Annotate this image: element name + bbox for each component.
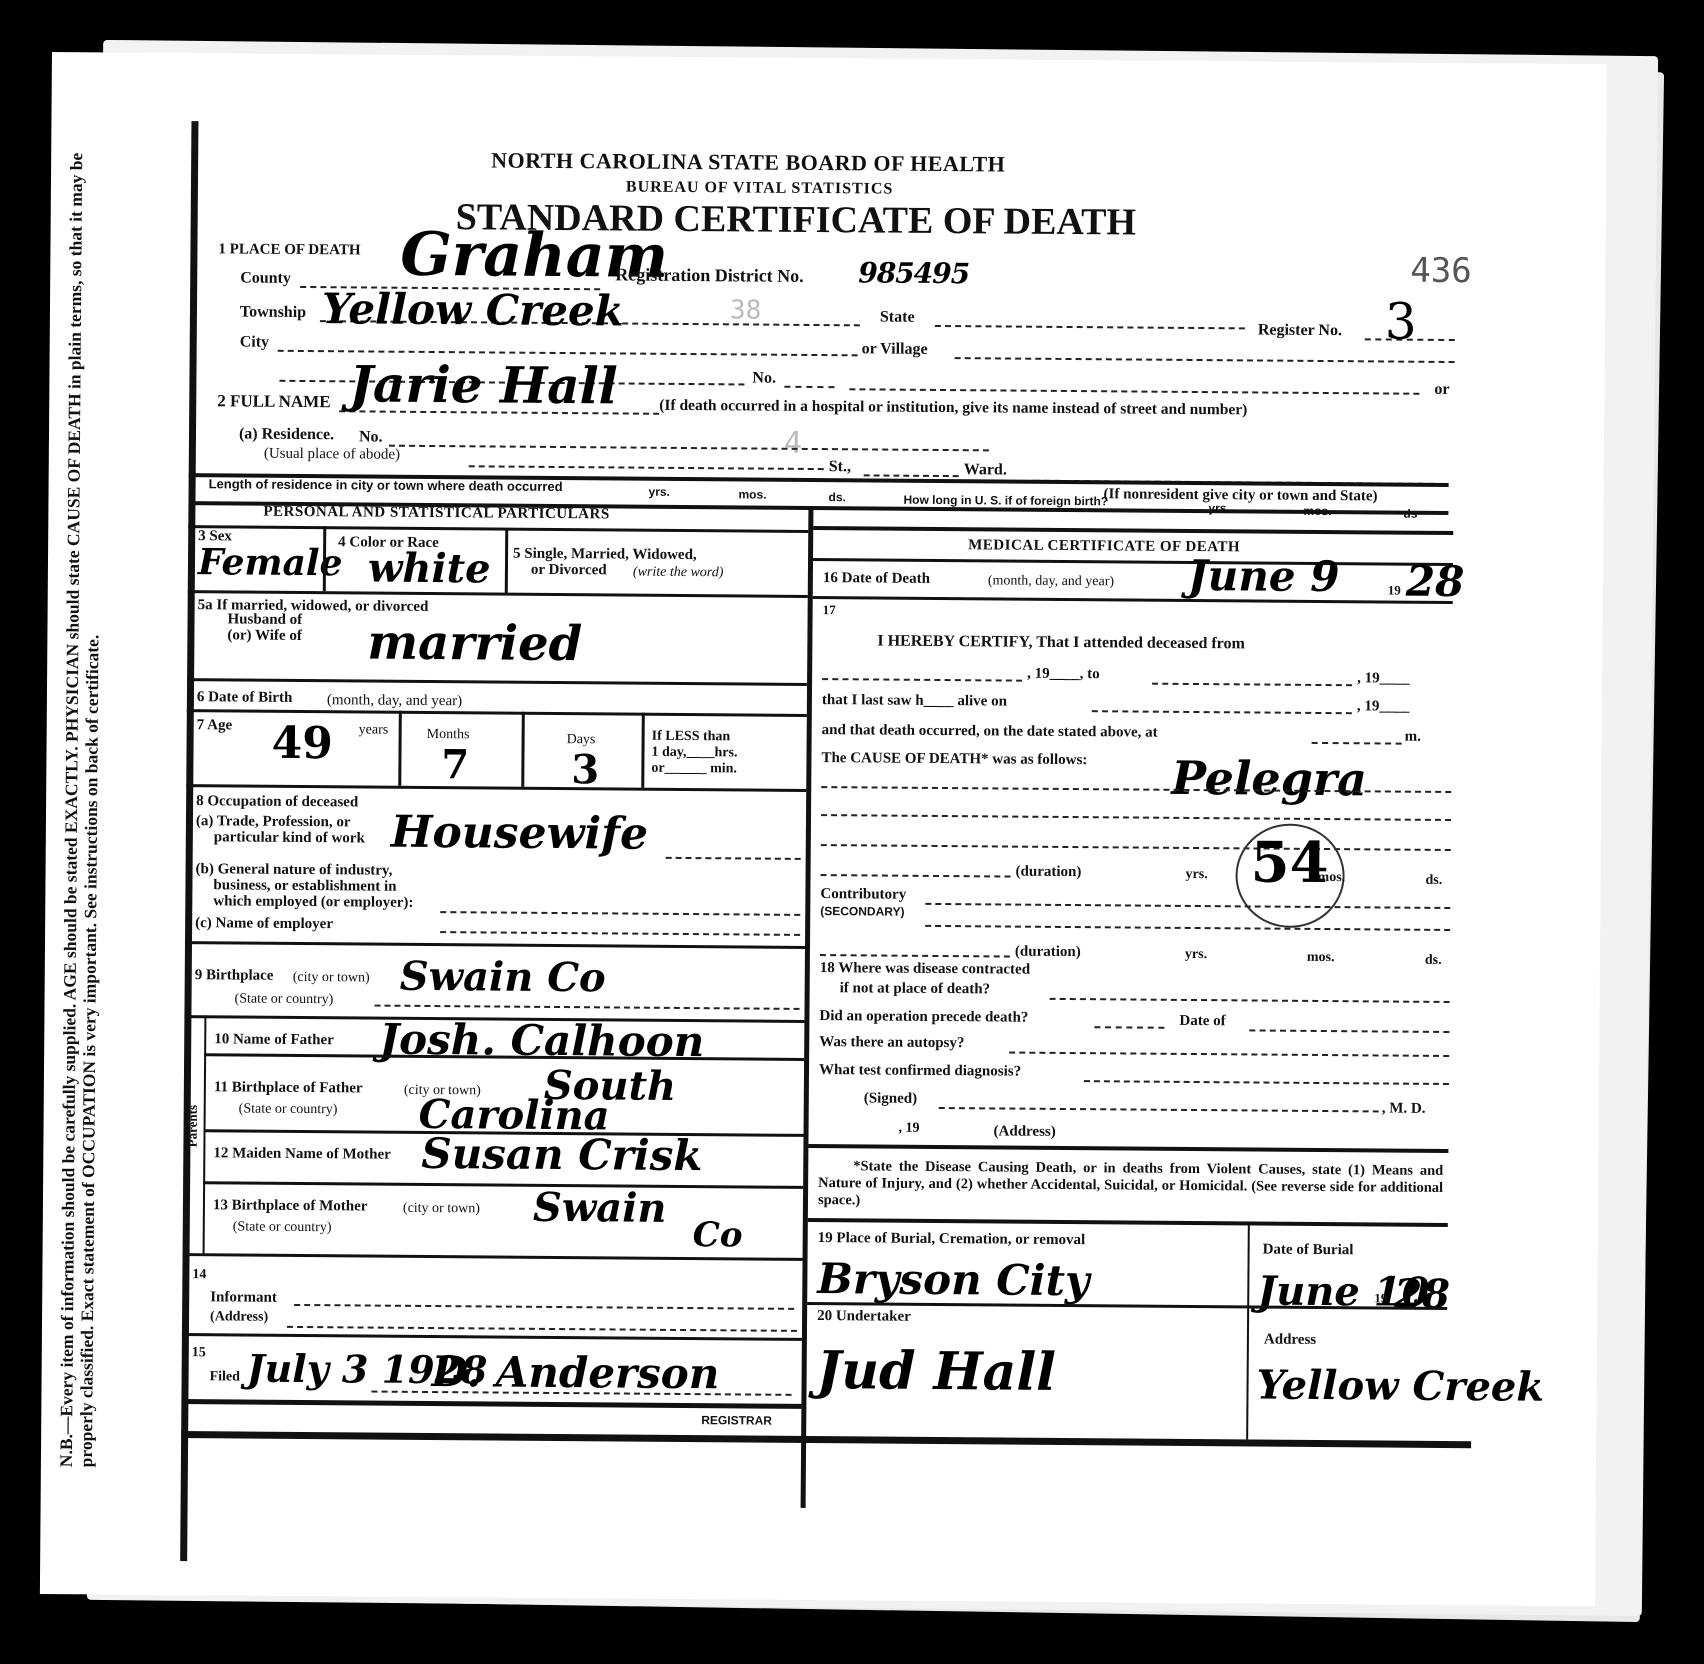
nonresident-note: (If nonresident give city or town and St… [1103, 486, 1377, 505]
burial-year: 28 [1394, 1271, 1450, 1318]
certify-line-1: I HEREBY CERTIFY, That I attended deceas… [877, 633, 1245, 654]
race-divider [505, 530, 509, 595]
employer-label: (c) Name of employer [195, 915, 333, 933]
certify-line-4: that I last saw h____ alive on [822, 692, 1007, 710]
duration-ds-2: ds. [1425, 953, 1442, 969]
industry-label-3: which employed (or employer): [213, 893, 413, 912]
length-mos: mos. [738, 487, 766, 501]
bureau-title: BUREAU OF VITAL STATISTICS [626, 179, 894, 199]
register-value: 3 [1385, 292, 1417, 350]
spouse-label-2: Husband of [227, 611, 302, 629]
duration-ds-1: ds. [1425, 873, 1442, 889]
village-label: or Village [862, 340, 928, 359]
age-divider-3 [641, 713, 645, 788]
duration-mos-1: mos. [1317, 870, 1345, 886]
md-label: , M. D. [1382, 1100, 1426, 1117]
length-ds: ds. [828, 490, 845, 504]
burial-date-label: Date of Burial [1263, 1242, 1354, 1260]
duration-yrs-2: yrs. [1185, 947, 1207, 963]
occupation-label: 8 Occupation of deceased [196, 793, 358, 811]
contributory-label: Contributory [820, 886, 906, 904]
death-certificate: N.B.—Every item of information should be… [40, 52, 1607, 1606]
certify-line-6: and that death occurred, on the date sta… [822, 722, 1158, 742]
length-label: Length of residence in city or town wher… [209, 476, 563, 494]
age-label: 7 Age [197, 717, 233, 734]
mother-bp-state: (State or country) [233, 1219, 332, 1236]
cause-value: Pelegra [1171, 751, 1367, 807]
autopsy-label: Was there an autopsy? [819, 1034, 964, 1052]
residence-ward-label: Ward. [964, 461, 1007, 479]
township-note: 38 [730, 295, 762, 325]
no-line [784, 386, 834, 388]
mother-bp-hint: (city or town) [403, 1201, 480, 1218]
duration-label-2: (duration) [1015, 944, 1081, 962]
duration-label-1: (duration) [1016, 864, 1082, 882]
no-label: No. [752, 370, 776, 388]
full-name-note: 4 [784, 426, 802, 461]
duration-yrs-1: yrs. [1186, 867, 1208, 883]
certify-line-5: , 19____ [1357, 698, 1410, 715]
q18-line-2: if not at place of death? [840, 980, 991, 998]
township-value: Yellow Creek [322, 284, 624, 335]
mother-bp-value-1: Swain [533, 1184, 667, 1232]
race-value: white [368, 544, 491, 592]
abode-note: (Usual place of abode) [264, 446, 400, 464]
dod-year: 28 [1406, 557, 1465, 606]
duration-mos-2: mos. [1307, 950, 1335, 966]
dob-hint: (month, day, and year) [327, 692, 462, 710]
undertaker-address-value: Yellow Creek [1256, 1362, 1544, 1411]
cause-label: The CAUSE OF DEATH* was as follows: [821, 750, 1087, 769]
age-divider-2 [521, 712, 525, 787]
reg-district-label: Registration District No. [615, 264, 804, 286]
mother-label: 12 Maiden Name of Mother [213, 1145, 391, 1163]
years-label: years [359, 722, 389, 738]
undertaker-value: Jud Hall [816, 1340, 1056, 1403]
date-of-label: Date of [1179, 1013, 1225, 1030]
registrar-label: REGISTRAR [701, 1413, 772, 1428]
spouse-value: married [367, 614, 582, 672]
signed-address-label: (Address) [993, 1123, 1055, 1140]
dod-label: 16 Date of Death [823, 570, 930, 588]
full-name-value: Jarie Hall [349, 354, 618, 415]
trade-label-2: particular kind of work [214, 829, 365, 847]
father-label: 10 Name of Father [214, 1031, 334, 1049]
sex-value: Female [198, 541, 343, 584]
birthplace-hint: (city or town) [293, 970, 370, 987]
burial-year-prefix: 19 [1374, 1290, 1387, 1306]
birthplace-label: 9 Birthplace [195, 967, 274, 985]
certify-line-2: , 19____, to [1027, 666, 1100, 684]
residence-no-label: No. [359, 428, 383, 446]
birthplace-value: Swain Co [400, 953, 606, 1002]
spouse-label-3: (or) Wife of [227, 627, 302, 645]
dod-value: June 9 [1188, 551, 1340, 601]
residence-label: (a) Residence. [239, 425, 334, 444]
secondary-label: (SECONDARY) [820, 904, 904, 919]
informant-address-label: (Address) [210, 1309, 268, 1325]
place-of-death-label: 1 PLACE OF DEATH [218, 241, 360, 259]
mother-bp-value-2: Co [693, 1215, 743, 1255]
operation-label: Did an operation precede death? [819, 1008, 1028, 1027]
signed-label: (Signed) [864, 1090, 917, 1107]
county-label: County [240, 269, 291, 287]
margin-instructions-text: N.B.—Every item of information should be… [56, 127, 177, 1468]
mother-bp-label: 13 Birthplace of Mother [213, 1197, 368, 1215]
state-label: State [880, 309, 915, 327]
sex-divider [323, 526, 327, 591]
informant-label: Informant [210, 1289, 277, 1307]
certify-line-3: , 19____ [1357, 670, 1410, 687]
dod-year-prefix: 19 [1388, 583, 1401, 599]
full-name-label: 2 FULL NAME [217, 391, 330, 412]
agency-title: NORTH CAROLINA STATE BOARD OF HEALTH [491, 147, 1005, 177]
personal-section-title: PERSONAL AND STATISTICAL PARTICULARS [263, 504, 609, 524]
filed-number: 15 [192, 1345, 206, 1361]
stamp-number: 436 [1410, 251, 1472, 291]
undertaker-label: 20 Undertaker [817, 1308, 911, 1326]
dob-label: 6 Date of Birth [197, 689, 293, 707]
undertaker-address-label: Address [1264, 1332, 1316, 1349]
less-label-1: If LESS than [652, 729, 731, 746]
mother-value: Susan Crisk [421, 1129, 703, 1180]
city-label: City [240, 333, 269, 351]
margin-instructions: N.B.—Every item of information should be… [51, 132, 172, 1473]
less-label-3: or______ min. [651, 761, 737, 778]
or-label: or [1434, 381, 1449, 399]
father-bp-state: (State or country) [239, 1101, 338, 1118]
burial-place-label: 19 Place of Burial, Cremation, or remova… [818, 1230, 1086, 1249]
reg-district-value: 985495 [858, 256, 969, 290]
trade-value: Housewife [391, 807, 649, 860]
township-label: Township [240, 303, 306, 322]
residence-st-label: St., [829, 458, 851, 476]
certify-m: m. [1405, 729, 1421, 746]
marital-hint: (write the word) [633, 565, 724, 582]
age-divider-1 [398, 711, 402, 786]
test-label: What test confirmed diagnosis? [819, 1062, 1021, 1081]
burial-place-value: Bryson City [817, 1254, 1089, 1305]
age-months-value: 7 [441, 741, 469, 788]
parents-label: Parents [185, 1105, 201, 1147]
register-label: Register No. [1258, 321, 1342, 340]
q18-line-1: 18 Where was disease contracted [820, 960, 1030, 979]
cause-code: 54 [1250, 829, 1328, 896]
less-label-2: 1 day,____hrs. [651, 745, 737, 762]
father-bp-label: 11 Birthplace of Father [214, 1079, 363, 1097]
filed-label: Filed [210, 1369, 240, 1385]
signed-year: , 19 [899, 1121, 920, 1137]
dod-hint: (month, day, and year) [988, 573, 1114, 590]
cause-footnote: *State the Disease Causing Death, or in … [818, 1158, 1443, 1214]
informant-number: 14 [192, 1267, 206, 1283]
item-17: 17 [823, 602, 836, 618]
age-years-value: 49 [271, 718, 333, 769]
marital-label-2: or Divorced [531, 562, 607, 580]
birthplace-state: (State or country) [235, 991, 334, 1008]
length-yrs: yrs. [649, 485, 670, 499]
